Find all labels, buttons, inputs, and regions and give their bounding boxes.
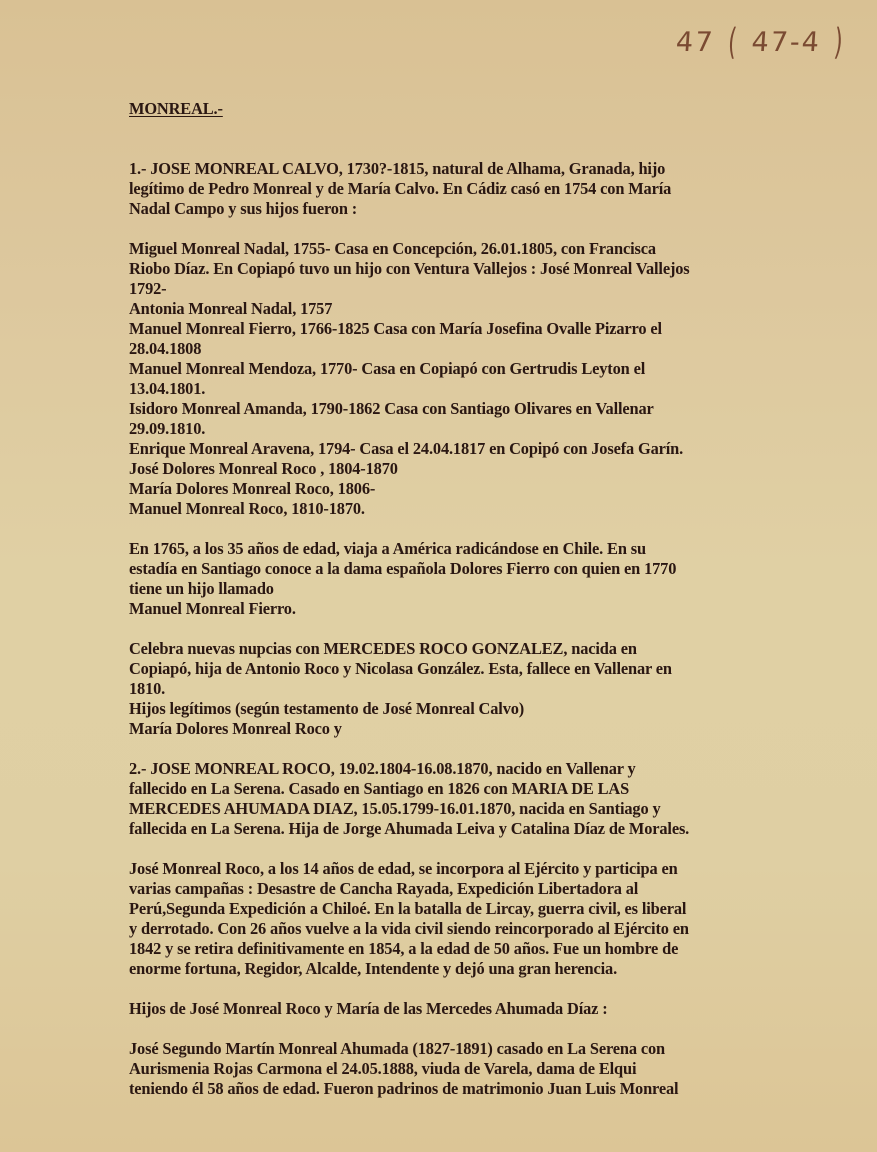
paragraph-children-list-1: Miguel Monreal Nadal, 1755- Casa en Conc… — [129, 239, 829, 519]
text-line: José Segundo Martín Monreal Ahumada (182… — [129, 1039, 829, 1059]
text-line: María Dolores Monreal Roco, 1806- — [129, 479, 829, 499]
text-line: fallecida en La Serena. Hija de Jorge Ah… — [129, 819, 829, 839]
text-line: María Dolores Monreal Roco y — [129, 719, 829, 739]
text-line: 2.- JOSE MONREAL ROCO, 19.02.1804-16.08.… — [129, 759, 829, 779]
bracket-reference-handwritten: 47-4 — [751, 27, 822, 58]
text-line: 1842 y se retira definitivamente en 1854… — [129, 939, 829, 959]
paragraph-second-marriage: Celebra nuevas nupcias con MERCEDES ROCO… — [129, 639, 829, 739]
text-line: Copiapó, hija de Antonio Roco y Nicolasa… — [129, 659, 829, 679]
paragraph-intro-2: 2.- JOSE MONREAL ROCO, 19.02.1804-16.08.… — [129, 759, 829, 839]
text-line: enorme fortuna, Regidor, Alcalde, Intend… — [129, 959, 829, 979]
text-line: Enrique Monreal Aravena, 1794- Casa el 2… — [129, 439, 829, 459]
text-line: 1810. — [129, 679, 829, 699]
text-line: 1792- — [129, 279, 829, 299]
paragraph-america: En 1765, a los 35 años de edad, viaja a … — [129, 539, 829, 619]
text-line: Aurismenia Rojas Carmona el 24.05.1888, … — [129, 1059, 829, 1079]
text-line: legítimo de Pedro Monreal y de María Cal… — [129, 179, 829, 199]
open-paren: ( — [727, 22, 739, 63]
text-line: Manuel Monreal Fierro, 1766-1825 Casa co… — [129, 319, 829, 339]
text-line: Hijos legítimos (según testamento de Jos… — [129, 699, 829, 719]
text-line: 28.04.1808 — [129, 339, 829, 359]
text-line: Miguel Monreal Nadal, 1755- Casa en Conc… — [129, 239, 829, 259]
document-title: MONREAL.- — [129, 99, 829, 119]
text-line: teniendo él 58 años de edad. Fueron padr… — [129, 1079, 829, 1099]
text-line: MERCEDES AHUMADA DIAZ, 15.05.1799-16.01.… — [129, 799, 829, 819]
text-line: fallecido en La Serena. Casado en Santia… — [129, 779, 829, 799]
paragraph-children-heading-2: Hijos de José Monreal Roco y María de la… — [129, 999, 829, 1019]
paragraph-military-career: José Monreal Roco, a los 14 años de edad… — [129, 859, 829, 979]
text-line: 13.04.1801. — [129, 379, 829, 399]
text-line: Isidoro Monreal Amanda, 1790-1862 Casa c… — [129, 399, 829, 419]
paragraph-intro-1: 1.- JOSE MONREAL CALVO, 1730?-1815, natu… — [129, 159, 829, 219]
text-line: 29.09.1810. — [129, 419, 829, 439]
text-line: tiene un hijo llamado — [129, 579, 829, 599]
text-line: varias campañas : Desastre de Cancha Ray… — [129, 879, 829, 899]
text-line: Antonia Monreal Nadal, 1757 — [129, 299, 829, 319]
text-line: Manuel Monreal Roco, 1810-1870. — [129, 499, 829, 519]
text-line: José Dolores Monreal Roco , 1804-1870 — [129, 459, 829, 479]
text-line: Hijos de José Monreal Roco y María de la… — [129, 999, 829, 1019]
document-body: MONREAL.- 1.- JOSE MONREAL CALVO, 1730?-… — [129, 99, 829, 1119]
text-line: En 1765, a los 35 años de edad, viaja a … — [129, 539, 829, 559]
text-line: José Monreal Roco, a los 14 años de edad… — [129, 859, 829, 879]
text-line: estadía en Santiago conoce a la dama esp… — [129, 559, 829, 579]
scanned-document-page: 47 ( 47-4 ) MONREAL.- 1.- JOSE MONREAL C… — [0, 0, 877, 1152]
text-line: Perú,Segunda Expedición a Chiloé. En la … — [129, 899, 829, 919]
paragraph-jose-segundo: José Segundo Martín Monreal Ahumada (182… — [129, 1039, 829, 1099]
text-line: Manuel Monreal Mendoza, 1770- Casa en Co… — [129, 359, 829, 379]
text-line: y derrotado. Con 26 años vuelve a la vid… — [129, 919, 829, 939]
handwritten-page-annotation: 47 ( 47-4 ) — [675, 22, 849, 63]
text-line: 1.- JOSE MONREAL CALVO, 1730?-1815, natu… — [129, 159, 829, 179]
text-line: Nadal Campo y sus hijos fueron : — [129, 199, 829, 219]
close-paren: ) — [833, 22, 845, 63]
text-line: Riobo Díaz. En Copiapó tuvo un hijo con … — [129, 259, 829, 279]
page-number-handwritten: 47 — [675, 27, 716, 58]
text-line: Manuel Monreal Fierro. — [129, 599, 829, 619]
text-line: Celebra nuevas nupcias con MERCEDES ROCO… — [129, 639, 829, 659]
